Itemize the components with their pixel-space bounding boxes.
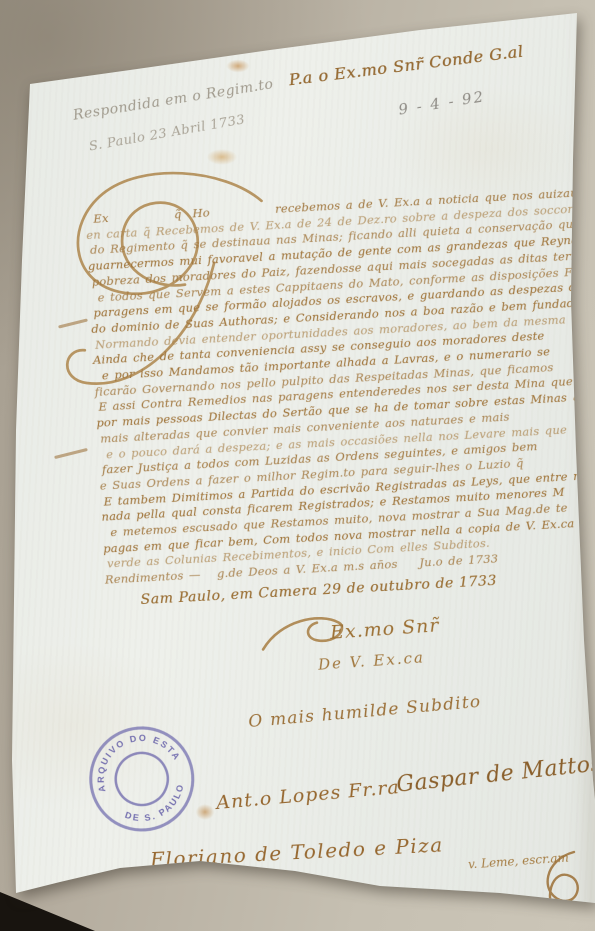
addressee-heading: P.a o Ex.mo Snr̃ Conde G.al [288,42,525,90]
document-paper: Respondida em o Regim.to S. Paulo 23 Abr… [0,0,595,931]
archive-reference-number: 9 - 4 - 92 [397,87,486,118]
margin-mark [54,448,88,459]
rubric-flourish-icon [532,846,594,928]
signature-second: Gaspar de Mattos [395,751,595,797]
humble-subscription: O mais humilde Subdito [248,692,483,732]
signature-third: Floriano de Toledo e Piza [150,832,445,871]
photograph-of-manuscript: Respondida em o Regim.to S. Paulo 23 Abr… [0,0,595,931]
signature-first: Ant.o Lopes Fr.ra [215,776,400,814]
archive-stamp: ARQUIVO DO ESTADO DE S. PAULO [59,697,229,861]
letter-body: Ex q̃ Ho recebemos a de V. Ex.a a notici… [88,185,595,588]
paper-shadow-wrap: Respondida em o Regim.to S. Paulo 23 Abr… [0,0,595,931]
